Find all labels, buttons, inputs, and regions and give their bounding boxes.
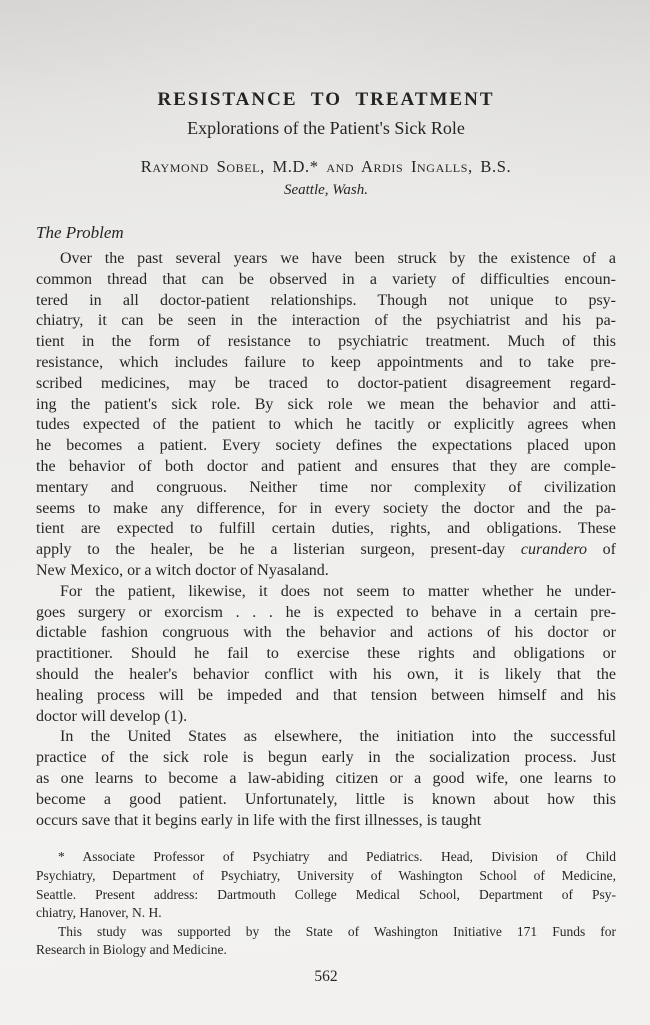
body-paragraph: For the patient, likewise, it does not s… [36,582,616,728]
section-heading: The Problem [36,222,616,244]
article-subtitle: Explorations of the Patient's Sick Role [36,116,616,140]
scanned-journal-page: RESISTANCE TO TREATMENT Explorations of … [0,0,650,1025]
page-number: 562 [36,967,616,987]
location-line: Seattle, Wash. [36,180,616,200]
body-paragraph: In the United States as elsewhere, the i… [36,727,616,831]
authors-line: Raymond Sobel, M.D.* and Ardis Ingalls, … [36,156,616,178]
footnote: * Associate Professor of Psychiatry and … [36,848,616,922]
page-content: RESISTANCE TO TREATMENT Explorations of … [0,0,650,987]
article-body: Over the past several years we have been… [36,249,616,831]
body-paragraph: Over the past several years we have been… [36,249,616,582]
article-title: RESISTANCE TO TREATMENT [36,88,616,112]
footnote: This study was supported by the State of… [36,923,616,960]
footnote-block: * Associate Professor of Psychiatry and … [36,848,616,960]
